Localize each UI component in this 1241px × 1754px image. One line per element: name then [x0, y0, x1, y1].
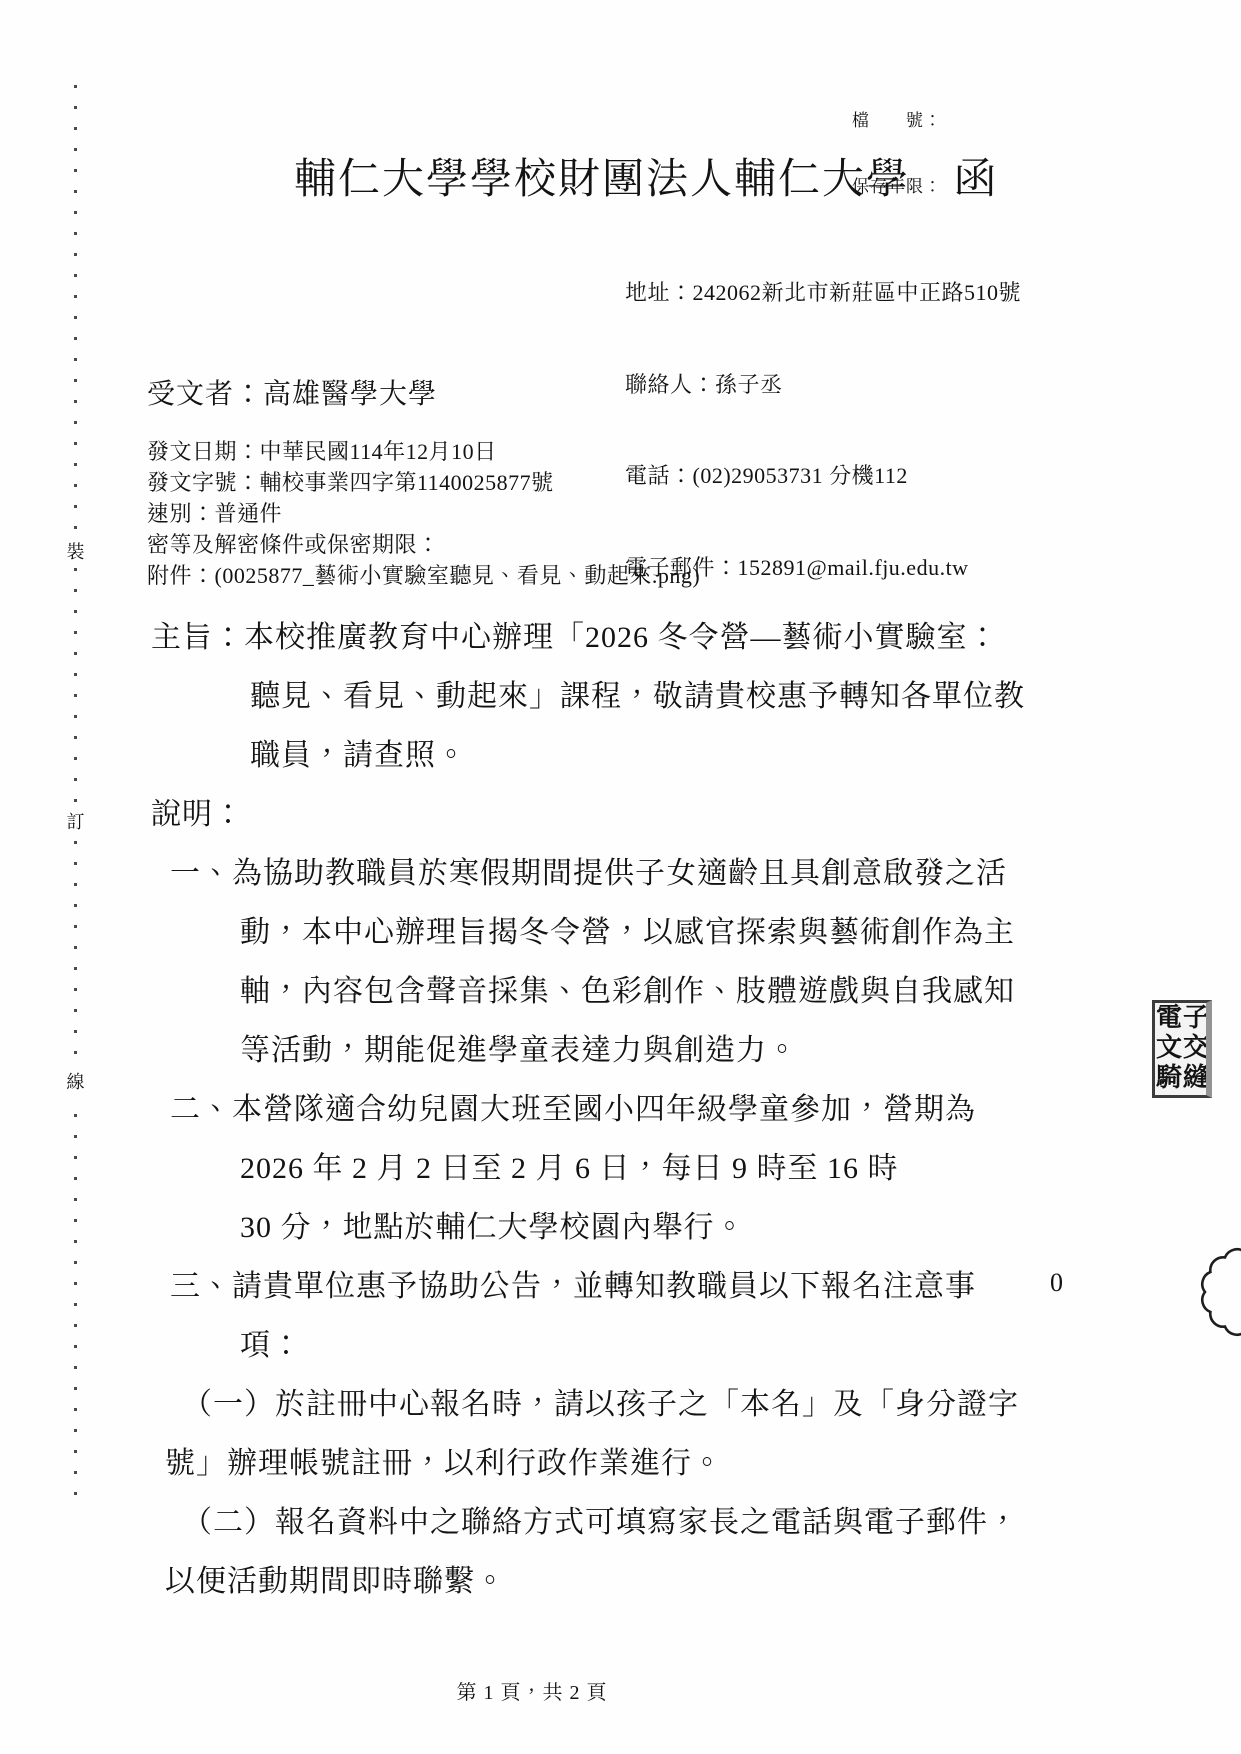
paging-seal-icon — [1175, 1240, 1241, 1346]
body-line: 軸，內容包含聲音採集、色彩創作、肢體遊戲與自我感知 — [0, 962, 1241, 1021]
official-letter-page: 檔 號： 保存年限： 輔仁大學學校財團法人輔仁大學 函 地址：242062新北市… — [0, 0, 1241, 1754]
binding-mark-ding: 訂 — [62, 804, 89, 838]
body-line: 職員，請查照。 — [0, 726, 1241, 785]
footer-page-number: 第 1 頁，共 2 頁 — [0, 1676, 1064, 1705]
body-line: （二）報名資料中之聯絡方式可填寫家長之電話與電子郵件， — [0, 1493, 1241, 1552]
body-line: 號」辦理帳號註冊，以利行政作業進行。 — [0, 1434, 1241, 1493]
body-line: 主旨：本校推廣教育中心辦理「2026 冬令營—藝術小實驗室： — [0, 608, 1241, 667]
body-line: 項： — [0, 1316, 1241, 1375]
meta-line: 附件：(0025877_藝術小實驗室聽見、看見、動起來.png) — [147, 560, 700, 591]
meta-line: 速別：普通件 — [147, 498, 700, 529]
electronic-exchange-stamp: 電子文交騎縫 — [1152, 1000, 1212, 1098]
document-title: 輔仁大學學校財團法人輔仁大學 函 — [51, 146, 1241, 206]
letter-body: 主旨：本校推廣教育中心辦理「2026 冬令營—藝術小實驗室：聽見、看見、動起來」… — [0, 608, 1241, 1611]
meta-line: 密等及解密條件或保密期限： — [147, 529, 700, 560]
document-meta-block: 發文日期：中華民國114年12月10日發文字號：輔校事業四字第114002587… — [147, 436, 700, 591]
binding-dotted-line — [74, 85, 77, 1495]
file-number-label: 檔 號： — [852, 110, 942, 132]
body-line: 聽見、看見、動起來」課程，敬請貴校惠予轉知各單位教 — [0, 667, 1241, 726]
stamp-row: 文交 — [1156, 1033, 1206, 1063]
body-line: 一、為協助教職員於寒假期間提供子女適齡且具創意啟發之活 — [0, 844, 1241, 903]
body-line: （一）於註冊中心報名時，請以孩子之「本名」及「身分證字 — [0, 1375, 1241, 1434]
body-line: 等活動，期能促進學童表達力與創造力。 — [0, 1021, 1241, 1080]
meta-line: 發文字號：輔校事業四字第1140025877號 — [147, 467, 700, 498]
body-line: 動，本中心辦理旨揭冬令營，以感官探索與藝術創作為主 — [0, 903, 1241, 962]
body-line: 二、本營隊適合幼兒園大班至國小四年級學童參加，營期為 — [0, 1080, 1241, 1139]
body-line: 說明： — [0, 785, 1241, 844]
meta-line: 發文日期：中華民國114年12月10日 — [147, 436, 700, 467]
body-line: 以便活動期間即時聯繫。 — [0, 1552, 1241, 1611]
stamp-row: 騎縫 — [1156, 1063, 1206, 1093]
page-marker-digit: 0 — [1050, 1268, 1063, 1298]
sender-address: 地址：242062新北市新莊區中正路510號 — [625, 278, 1021, 309]
sender-contact-person: 聯絡人：孫子丞 — [625, 370, 1021, 401]
body-line: 30 分，地點於輔仁大學校園內舉行。 — [0, 1198, 1241, 1257]
binding-mark-zhuang: 裝 — [62, 534, 89, 568]
binding-mark-xian: 線 — [62, 1064, 89, 1098]
recipient-line: 受文者：高雄醫學大學 — [147, 372, 437, 412]
body-line: 2026 年 2 月 2 日至 2 月 6 日，每日 9 時至 16 時 — [0, 1139, 1241, 1198]
stamp-row: 電子 — [1156, 1003, 1206, 1033]
